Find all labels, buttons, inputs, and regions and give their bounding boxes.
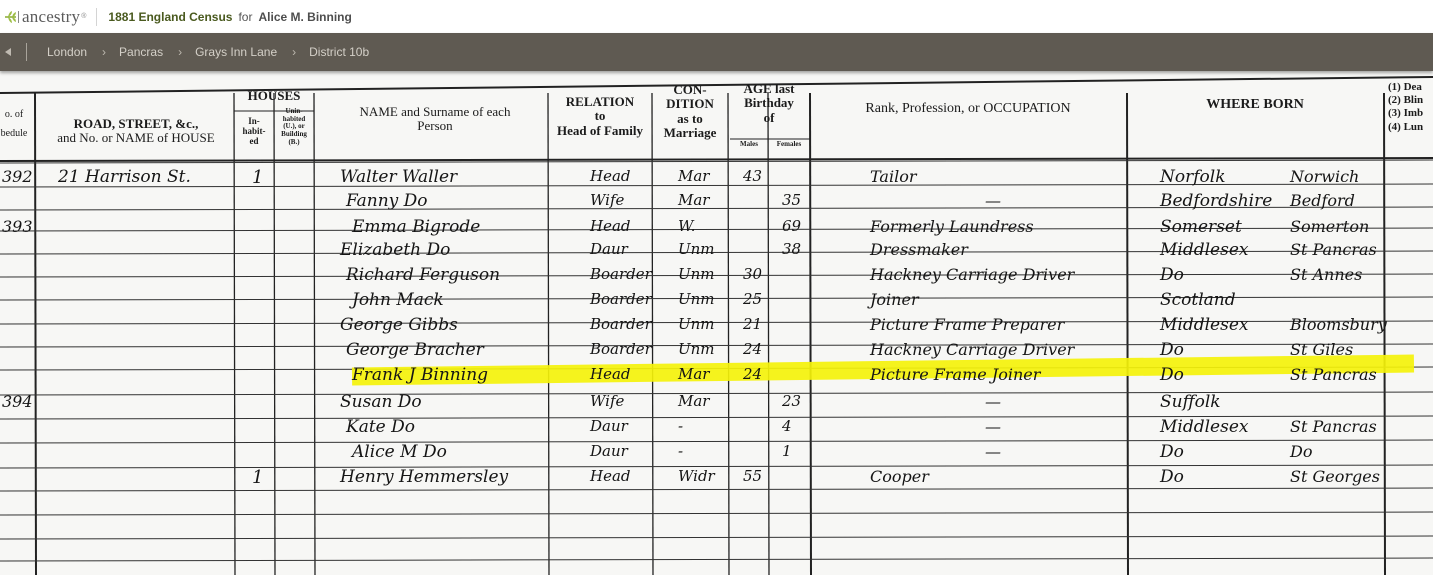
person-name-cell: Henry Hemmersley xyxy=(340,467,508,487)
census-image-viewer[interactable]: o. ofbedule ROAD, STREET, &c.,and No. or… xyxy=(0,71,1433,575)
col-header-occupation: Rank, Profession, or OCCUPATION xyxy=(812,101,1124,116)
person-name-cell: Fanny Do xyxy=(346,191,428,211)
top-header: ancestry® 1881 England Census for Alice … xyxy=(0,0,1433,33)
born-county-cell: Norfolk xyxy=(1160,167,1226,187)
condition-cell: Mar xyxy=(678,191,709,209)
born-county-cell: Do xyxy=(1160,442,1184,462)
condition-cell: Mar xyxy=(678,392,709,410)
condition-cell: Unm xyxy=(678,340,715,358)
col-header-road: ROAD, STREET, &c.,and No. or NAME of HOU… xyxy=(38,117,234,146)
col-header-females: Females xyxy=(769,141,809,149)
houses-inhabited: 1 xyxy=(252,467,263,488)
person-name-cell: Walter Waller xyxy=(340,167,457,187)
born-place-cell: St Georges xyxy=(1290,467,1380,486)
born-county-cell: Bedfordshire xyxy=(1160,191,1272,211)
person-name-cell: Susan Do xyxy=(340,392,422,412)
relation-cell: Wife xyxy=(590,392,624,410)
relation-cell: Head xyxy=(590,167,631,185)
born-county-cell: Somerset xyxy=(1160,217,1242,237)
brand-name: ancestry xyxy=(22,7,80,27)
male-age-cell: 43 xyxy=(743,167,762,185)
condition-cell: Unm xyxy=(678,315,715,333)
col-header-uninhabited: Unin-habited(U.), orBuilding(B.) xyxy=(275,108,313,146)
female-age-cell: 69 xyxy=(782,217,801,235)
relation-cell: Head xyxy=(590,365,631,383)
person-name-cell: John Mack xyxy=(352,290,444,310)
person-name-cell: George Gibbs xyxy=(340,315,458,335)
condition-cell: Widr xyxy=(678,467,715,485)
occupation-cell: Tailor xyxy=(870,167,916,186)
born-place-cell: St Pancras xyxy=(1290,365,1377,384)
condition-cell: Unm xyxy=(678,290,715,308)
person-name[interactable]: Alice M. Binning xyxy=(258,10,351,24)
condition-cell: Mar xyxy=(678,167,709,185)
born-county-cell: Do xyxy=(1160,340,1184,360)
born-county-cell: Middlesex xyxy=(1160,315,1248,335)
relation-cell: Head xyxy=(590,217,631,235)
female-age-cell: 23 xyxy=(782,392,801,410)
occupation-cell: — xyxy=(985,191,1001,210)
occupation-cell: Joiner xyxy=(870,290,919,309)
breadcrumb-london[interactable]: London xyxy=(47,45,87,59)
person-name-cell: Alice M Do xyxy=(352,442,447,462)
col-header-inhabited: In-habit-ed xyxy=(234,117,274,147)
col-header-houses: HOUSES xyxy=(235,89,313,103)
born-place-cell: Do xyxy=(1290,442,1312,461)
occupation-cell: Picture Frame Preparer xyxy=(870,315,1064,334)
born-place-cell: Norwich xyxy=(1290,167,1359,186)
header-divider xyxy=(96,8,97,26)
born-place-cell: St Annes xyxy=(1290,265,1362,284)
person-name-cell: George Bracher xyxy=(346,340,484,360)
col-header-age: AGE lastBirthdayof xyxy=(730,82,808,125)
occupation-cell: — xyxy=(985,392,1001,411)
relation-cell: Daur xyxy=(590,442,628,460)
born-county-cell: Middlesex xyxy=(1160,417,1248,437)
condition-cell: Mar xyxy=(678,365,709,383)
schedule-number: 393 xyxy=(2,217,33,236)
person-name-cell: Elizabeth Do xyxy=(340,240,450,260)
record-title[interactable]: 1881 England Census xyxy=(108,10,232,24)
born-county-cell: Suffolk xyxy=(1160,392,1221,412)
road-address: 21 Harrison St. xyxy=(58,167,191,187)
born-county-cell: Do xyxy=(1160,265,1184,285)
female-age-cell: 4 xyxy=(782,417,792,435)
schedule-number: 394 xyxy=(2,392,33,411)
houses-inhabited: 1 xyxy=(252,167,263,188)
born-place-cell: St Giles xyxy=(1290,340,1353,359)
breadcrumb-divider xyxy=(26,43,27,61)
occupation-cell: Cooper xyxy=(870,467,929,486)
occupation-cell: — xyxy=(985,417,1001,436)
born-county-cell: Do xyxy=(1160,467,1184,487)
person-name-cell: Richard Ferguson xyxy=(346,265,500,285)
relation-cell: Daur xyxy=(590,417,628,435)
col-header-schedule: o. ofbedule xyxy=(0,109,32,139)
female-age-cell: 38 xyxy=(782,240,801,258)
col-header-infirmity: (1) Dea(2) Blin(3) Imb(4) Lun xyxy=(1388,81,1433,134)
born-place-cell: St Pancras xyxy=(1290,240,1377,259)
chevron-right-icon: › xyxy=(178,45,182,59)
occupation-cell: — xyxy=(985,442,1001,461)
col-header-males: Males xyxy=(731,141,767,149)
trademark: ® xyxy=(81,13,86,20)
condition-cell: - xyxy=(678,442,683,460)
occupation-cell: Dressmaker xyxy=(870,240,968,259)
person-name-cell: Frank J Binning xyxy=(352,365,488,385)
breadcrumb-pancras[interactable]: Pancras xyxy=(119,45,163,59)
condition-cell: Unm xyxy=(678,240,715,258)
born-county-cell: Scotland xyxy=(1160,290,1236,310)
breadcrumb: London › Pancras › Grays Inn Lane › Dist… xyxy=(0,33,1433,71)
relation-cell: Wife xyxy=(590,191,624,209)
col-header-name: NAME and Surname of eachPerson xyxy=(330,105,540,134)
condition-cell: Unm xyxy=(678,265,715,283)
relation-cell: Boarder xyxy=(590,265,652,283)
female-age-cell: 1 xyxy=(782,442,792,460)
female-age-cell: 35 xyxy=(782,191,801,209)
born-county-cell: Do xyxy=(1160,365,1184,385)
schedule-number: 392 xyxy=(2,167,33,186)
occupation-cell: Formerly Laundress xyxy=(870,217,1034,236)
chevron-right-icon: › xyxy=(292,45,296,59)
male-age-cell: 24 xyxy=(743,340,762,358)
col-header-relation: RELATIONtoHead of Family xyxy=(548,95,652,138)
relation-cell: Head xyxy=(590,467,631,485)
relation-cell: Boarder xyxy=(590,340,652,358)
occupation-cell: Hackney Carriage Driver xyxy=(870,265,1074,284)
born-place-cell: Somerton xyxy=(1290,217,1369,236)
chevron-right-icon: › xyxy=(102,45,106,59)
born-county-cell: Middlesex xyxy=(1160,240,1248,260)
relation-cell: Boarder xyxy=(590,315,652,333)
male-age-cell: 55 xyxy=(743,467,762,485)
male-age-cell: 24 xyxy=(743,365,762,383)
leaf-icon xyxy=(4,10,20,24)
born-place-cell: St Pancras xyxy=(1290,417,1377,436)
male-age-cell: 25 xyxy=(743,290,762,308)
condition-cell: W. xyxy=(678,217,696,235)
occupation-cell: Picture Frame Joiner xyxy=(870,365,1040,384)
breadcrumb-district[interactable]: District 10b xyxy=(309,45,369,59)
for-label: for xyxy=(238,10,252,24)
col-header-where-born: WHERE BORN xyxy=(1128,97,1382,112)
male-age-cell: 21 xyxy=(743,315,762,333)
relation-cell: Daur xyxy=(590,240,628,258)
male-age-cell: 30 xyxy=(743,265,762,283)
condition-cell: - xyxy=(678,417,683,435)
born-place-cell: Bedford xyxy=(1290,191,1355,210)
relation-cell: Boarder xyxy=(590,290,652,308)
born-place-cell: Bloomsbury xyxy=(1290,315,1387,334)
triangle-left-icon[interactable] xyxy=(5,48,11,56)
person-name-cell: Kate Do xyxy=(346,417,415,437)
occupation-cell: Hackney Carriage Driver xyxy=(870,340,1074,359)
person-name-cell: Emma Bigrode xyxy=(352,217,480,237)
col-header-condition: CON-DITIONas toMarriage xyxy=(653,83,727,140)
breadcrumb-grays-inn-lane[interactable]: Grays Inn Lane xyxy=(195,45,277,59)
ancestry-logo[interactable]: ancestry® xyxy=(4,7,86,27)
